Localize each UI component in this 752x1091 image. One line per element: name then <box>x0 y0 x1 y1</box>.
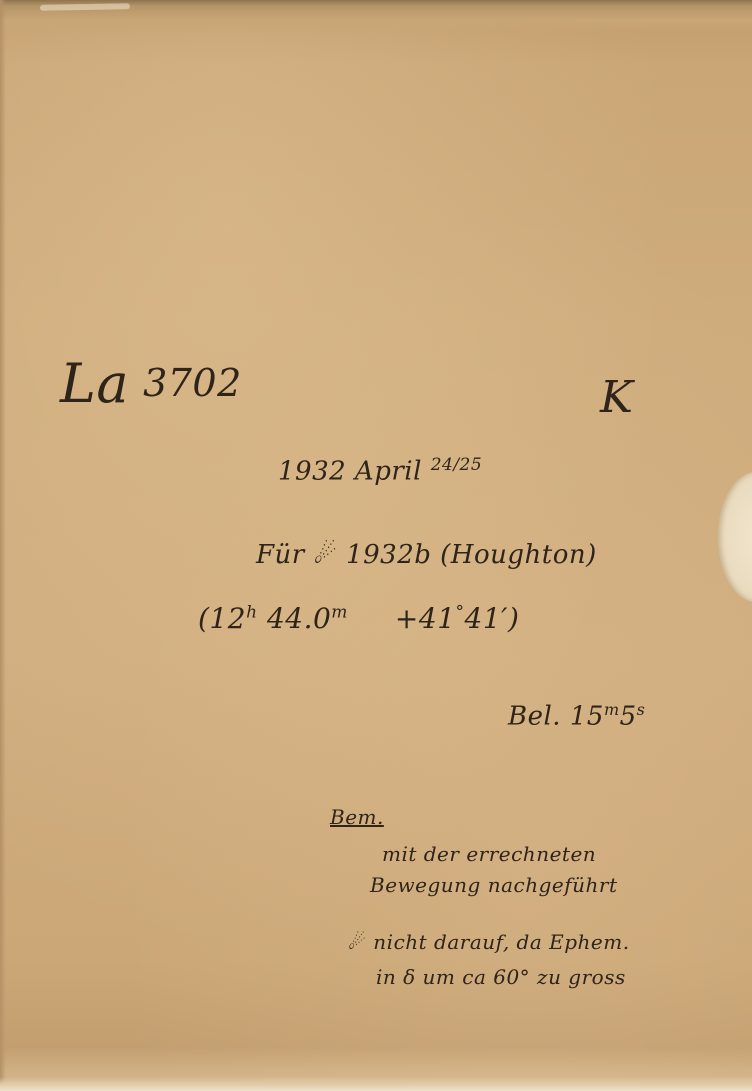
remark-line-text: nicht darauf, da Ephem. <box>373 930 629 954</box>
target-prefix: Für <box>256 540 305 570</box>
remark-line: ☄ nicht darauf, da Ephem. <box>348 930 630 954</box>
ra-minutes: 44.0 <box>267 602 331 635</box>
target-designation: 1932b (Houghton) <box>346 540 597 570</box>
ra-minutes-unit: m <box>331 603 348 623</box>
catalog-number: La3702 <box>60 352 242 415</box>
remark-line: in δ um ca 60° zu gross <box>376 965 626 989</box>
dec-degrees: +41 <box>395 602 456 635</box>
date-text: 1932 April <box>278 457 422 487</box>
plate-envelope: La3702 K 1932 April 24/25 Für ☄ 1932b (H… <box>0 0 752 1091</box>
comet-symbol-icon: ☄ <box>348 930 366 954</box>
envelope-bottom-edge <box>0 1077 752 1091</box>
exposure-label: Bel. <box>508 702 561 732</box>
ra-hours-unit: h <box>246 603 257 623</box>
coordinates: (12h 44.0m +41°41′) <box>198 602 519 635</box>
date-nights: 24/25 <box>431 455 483 475</box>
paren-open: ( <box>198 602 209 635</box>
catalog-plate-number: 3702 <box>143 361 242 405</box>
dec-minutes: 41 <box>465 602 502 635</box>
ra-hours: 12 <box>209 602 246 635</box>
envelope-top-fold <box>0 0 752 34</box>
comet-symbol-icon: ☄ <box>313 540 337 570</box>
paren-close: ) <box>508 602 519 635</box>
observation-date: 1932 April 24/25 <box>278 455 482 487</box>
envelope-left-edge <box>0 0 6 1091</box>
exposure-minutes-unit: m <box>604 700 620 719</box>
exposure-time: Bel. 15m5s <box>508 700 645 732</box>
remark-line: mit der errechneten <box>382 842 596 866</box>
dec-minutes-unit: ′ <box>501 602 508 635</box>
exposure-seconds-unit: s <box>637 700 646 719</box>
remark-line: Bewegung nachgeführt <box>370 873 618 897</box>
thumb-cutout <box>718 472 752 602</box>
remarks-heading: Bem. <box>330 805 384 829</box>
catalog-prefix: La <box>60 352 129 415</box>
exposure-minutes: 15 <box>570 702 604 732</box>
dec-degrees-unit: ° <box>456 603 465 623</box>
exposure-seconds: 5 <box>620 702 637 732</box>
marker-letter: K <box>600 372 633 423</box>
remarks-heading-text: Bem. <box>330 805 384 829</box>
target-line: Für ☄ 1932b (Houghton) <box>256 540 597 570</box>
